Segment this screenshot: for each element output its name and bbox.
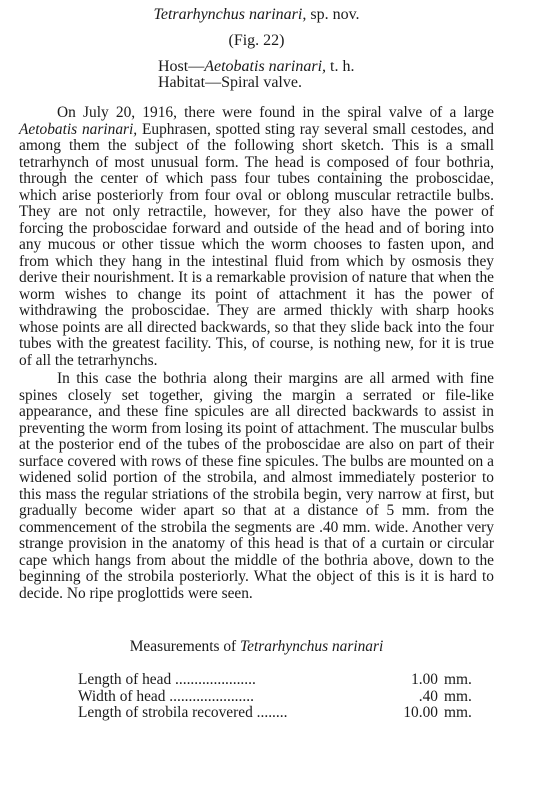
measurements-table: Length of head ..................... 1.0… (78, 672, 494, 722)
paragraph-1-species: Aetobatis narinari, (19, 121, 137, 138)
measurement-label: Length of strobila recovered ........ (78, 705, 366, 722)
measurements-title-prefix: Measurements of (130, 638, 240, 655)
measurement-label-text: Length of strobila recovered (78, 705, 253, 721)
paragraph-1-lead: On July 20, 1916, there were found in th… (57, 104, 494, 121)
document-page: Tetrarhynchus narinari, sp. nov. (Fig. 2… (19, 0, 494, 722)
measurement-value: 10.00 (366, 705, 438, 722)
dot-leader: ...................... (165, 689, 254, 705)
host-habitat-block: Host—Aetobatis narinari, t. h. Habitat—S… (158, 59, 494, 91)
host-line: Host—Aetobatis narinari, t. h. (158, 59, 494, 75)
species-title: Tetrarhynchus narinari, sp. nov. (19, 5, 494, 25)
species-status: sp. nov. (306, 6, 359, 23)
measurement-row: Width of head ...................... .40… (78, 689, 494, 706)
measurement-value: 1.00 (366, 672, 438, 689)
measurement-label-text: Width of head (78, 689, 165, 705)
dot-leader: ........ (253, 705, 288, 721)
measurement-unit: mm. (438, 689, 494, 706)
measurement-row: Length of head ..................... 1.0… (78, 672, 494, 689)
paragraph-1-rest: Euphrasen, spotted sting ray several sma… (19, 121, 494, 369)
species-name: Tetrarhynchus narinari, (153, 6, 306, 23)
measurement-label: Length of head ..................... (78, 672, 366, 689)
host-label: Host— (158, 58, 204, 75)
measurement-row: Length of strobila recovered ........ 10… (78, 705, 494, 722)
measurements-title: Measurements of Tetrarhynchus narinari (19, 638, 494, 656)
measurement-label: Width of head ...................... (78, 689, 366, 706)
figure-reference: (Fig. 22) (19, 31, 494, 51)
paragraph-1: On July 20, 1916, there were found in th… (19, 105, 494, 369)
host-species: Aetobatis narinari, (204, 58, 326, 75)
body-text: On July 20, 1916, there were found in th… (19, 105, 494, 602)
dot-leader: ..................... (171, 672, 256, 688)
measurements-title-species: Tetrarhynchus narinari (240, 638, 383, 655)
measurement-label-text: Length of head (78, 672, 171, 688)
habitat-line: Habitat—Spiral valve. (158, 75, 494, 91)
paragraph-2: In this case the bothria along their mar… (19, 371, 494, 602)
measurement-value: .40 (366, 689, 438, 706)
host-suffix: t. h. (326, 58, 354, 75)
measurement-unit: mm. (438, 672, 494, 689)
measurement-unit: mm. (438, 705, 494, 722)
